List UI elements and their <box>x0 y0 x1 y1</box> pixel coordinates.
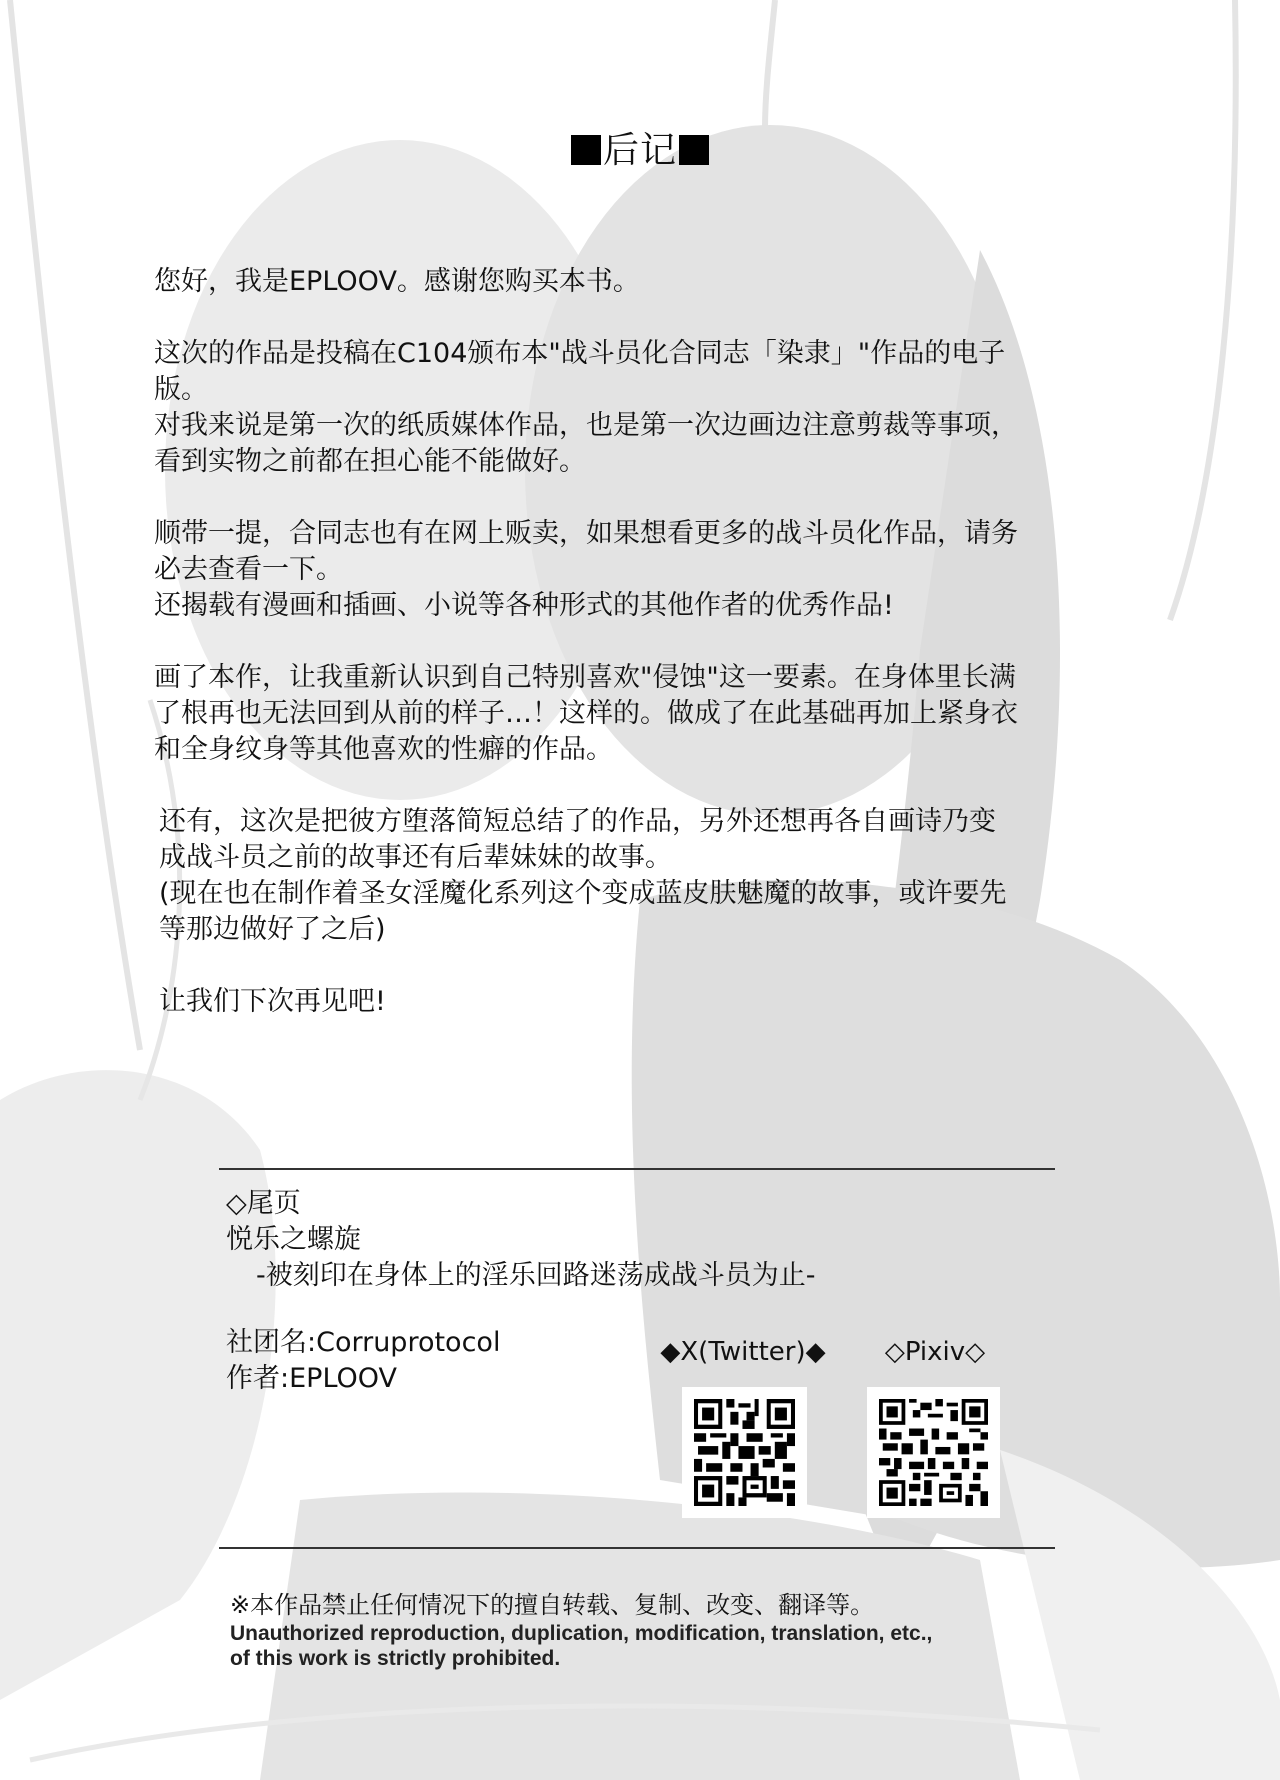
paragraph-about-work: 这次的作品是投稿在C104颁布本"战斗员化合同志「染隶」"作品的电子 版。 对我… <box>154 336 1134 480</box>
circle-name: 社团名:Corruprotocol <box>226 1325 500 1361</box>
circle-info: 社团名:Corruprotocol 作者:EPLOOV <box>226 1325 500 1397</box>
paragraph-theme: 画了本作，让我重新认识到自己特别喜欢"侵蚀"这一要素。在身体里长满 了根再也无法… <box>154 660 1134 768</box>
afterword-body: 您好，我是EPLOOV。感谢您购买本书。 这次的作品是投稿在C104颁布本"战斗… <box>154 264 1134 1020</box>
page-title: 后记 <box>0 128 1280 174</box>
title-square-left-icon <box>571 135 601 165</box>
twitter-qr-code[interactable] <box>682 1387 807 1518</box>
paragraph-greeting: 您好，我是EPLOOV。感谢您购买本书。 <box>154 264 1134 300</box>
legal-notice: ※本作品禁止任何情况下的擅自转载、复制、改变、翻译等。 Unauthorized… <box>230 1589 932 1671</box>
paragraph-anthology: 顺带一提，合同志也有在网上贩卖，如果想看更多的战斗员化作品，请务 必去查看一下。… <box>154 516 1134 624</box>
colophon-heading: ◇尾页 <box>226 1186 816 1222</box>
author-name: 作者:EPLOOV <box>226 1361 500 1397</box>
qr-code-icon <box>879 1399 988 1506</box>
title-square-right-icon <box>679 135 709 165</box>
paragraph-future-plans: 还有，这次是把彼方堕落简短总结了的作品，另外还想再各自画诗乃变 成战斗员之前的故… <box>159 804 1134 948</box>
legal-notice-cn: ※本作品禁止任何情况下的擅自转载、复制、改变、翻译等。 <box>230 1589 932 1621</box>
paragraph-farewell: 让我们下次再见吧! <box>159 984 1134 1020</box>
work-subtitle: -被刻印在身体上的淫乐回路迷荡成战斗员为止- <box>226 1258 816 1294</box>
qr-code-icon <box>694 1399 795 1506</box>
pixiv-qr-code[interactable] <box>867 1387 1000 1518</box>
work-title: 悦乐之螺旋 <box>226 1222 816 1258</box>
page-title-text: 后记 <box>603 130 677 171</box>
divider-top <box>219 1168 1055 1170</box>
twitter-label: ◆X(Twitter)◆ <box>643 1335 843 1369</box>
colophon: ◇尾页 悦乐之螺旋 -被刻印在身体上的淫乐回路迷荡成战斗员为止- <box>226 1186 816 1294</box>
divider-bottom <box>219 1547 1055 1549</box>
legal-notice-en-line2: of this work is strictly prohibited. <box>230 1646 932 1671</box>
legal-notice-en-line1: Unauthorized reproduction, duplication, … <box>230 1621 932 1646</box>
pixiv-label: ◇Pixiv◇ <box>850 1335 1020 1369</box>
